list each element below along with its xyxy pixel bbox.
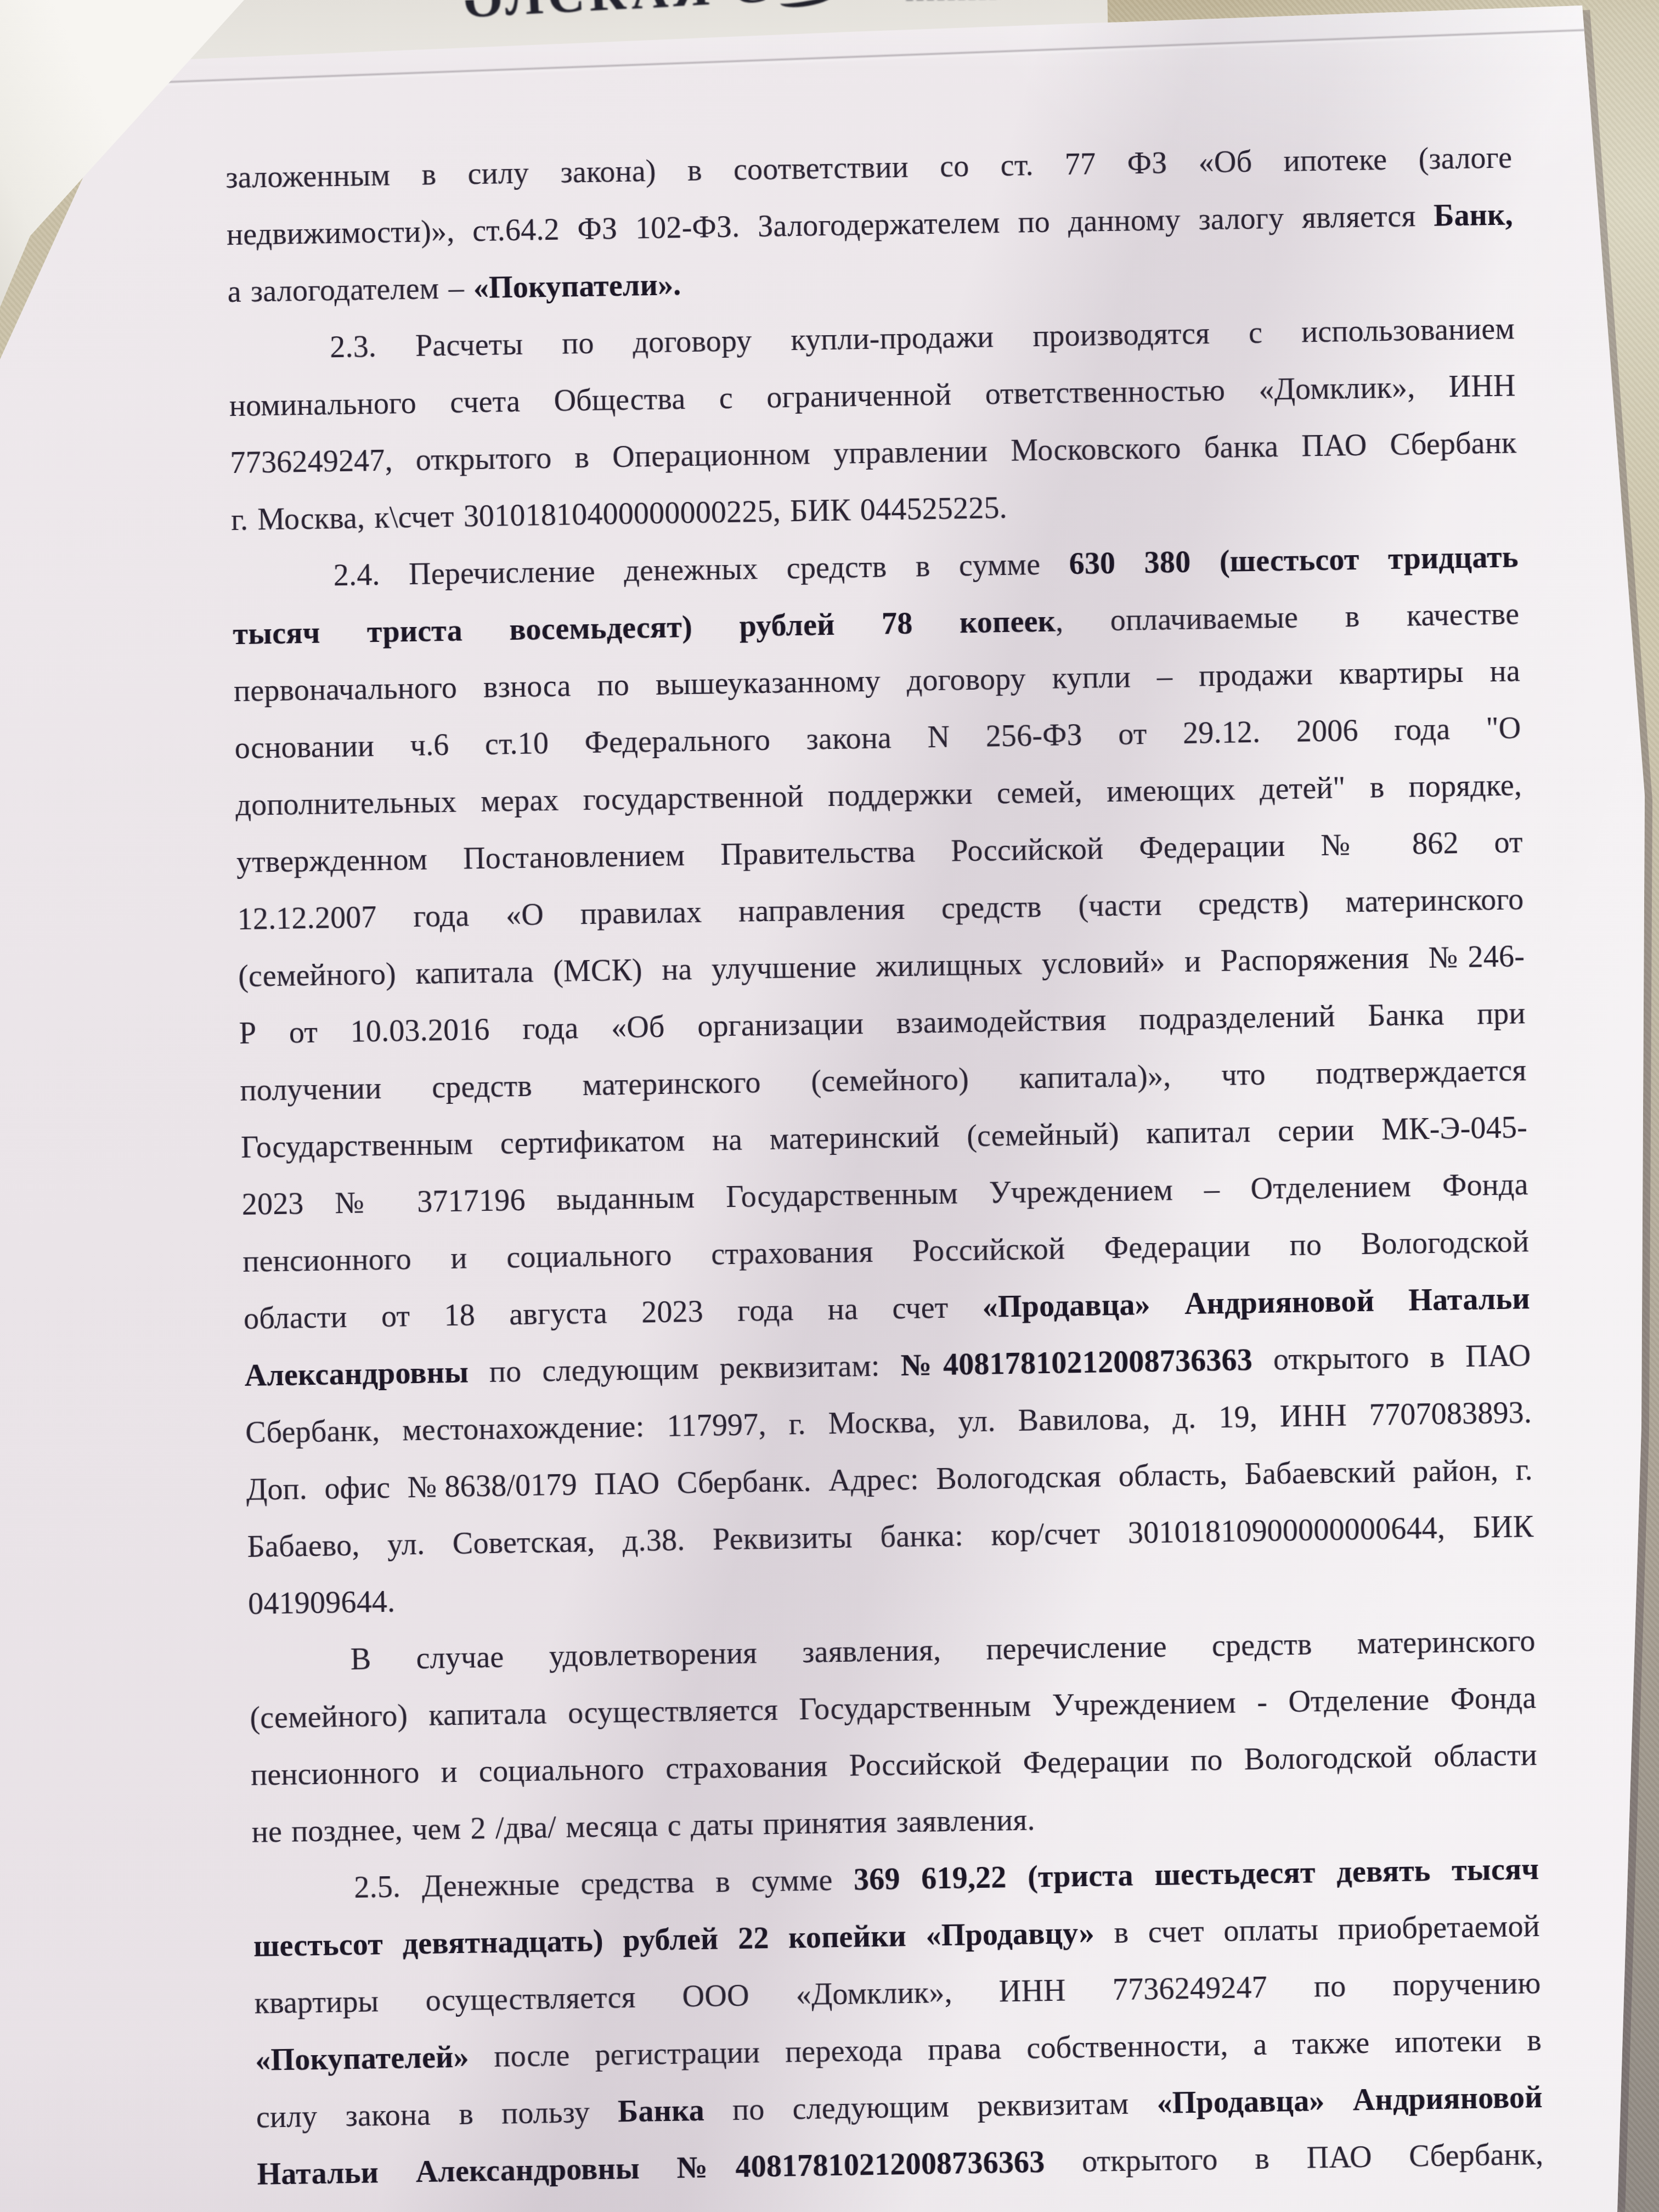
text-segment: по следующим реквизитам: xyxy=(468,1348,901,1389)
background-sheet-header-text: ОЛСКАЯ С xyxy=(462,0,774,26)
text-segment: 041909644. xyxy=(248,1585,396,1621)
document-text: заложенным в силу закона) в соответствии… xyxy=(225,129,1544,2203)
paragraph: В случае удовлетворения заявления, переч… xyxy=(249,1612,1538,1861)
illegible-small-text xyxy=(906,0,1000,1)
text-segment: дополнительных мерах государственной под… xyxy=(235,768,1522,822)
photo-scene: ОЛСКАЯ С заложенным в силу закона) в соо… xyxy=(0,0,1659,2212)
bold-text-segment: Александровны xyxy=(244,1356,469,1393)
bold-text-segment: «Покупатели». xyxy=(473,268,681,305)
bold-text-segment: тысяч триста восемьдесят) рублей 78 копе… xyxy=(233,605,1056,652)
text-segment: 12.12.2007 года «О правилах направления … xyxy=(237,882,1524,936)
text-segment: (семейного) капитала осуществляется Госу… xyxy=(250,1681,1537,1735)
text-segment: в счет оплаты приобретаемой xyxy=(1094,1909,1540,1950)
text-segment: Р от 10.03.2016 года «Об организации вза… xyxy=(239,996,1526,1051)
paragraph: 2.5. Денежные средства в сумме 369 619,2… xyxy=(252,1841,1544,2203)
text-segment: (семейного) капитала (МСК) на улучшение … xyxy=(238,939,1525,994)
paragraph: 2.3. Расчеты по договору купли-продажи п… xyxy=(228,300,1517,549)
text-segment: В случае удовлетворения заявления, переч… xyxy=(350,1624,1536,1677)
bold-text-segment: «Продавца» Андрияновой xyxy=(1156,2080,1543,2120)
text-segment: 2.5. Денежные средства в сумме xyxy=(354,1863,854,1905)
bold-text-segment: «Продавца» Андрияновой Натальи xyxy=(982,1282,1530,1324)
text-segment: получении средств материнского (семейног… xyxy=(240,1053,1527,1108)
text-segment: 2023 № 3717196 выданным Государственным … xyxy=(241,1167,1528,1222)
text-segment: после регистрации перехода права собстве… xyxy=(469,2023,1542,2074)
text-segment: открытого в ПАО Сбербанк, xyxy=(1045,2137,1544,2179)
text-segment: не позднее, чем 2 /два/ месяца с даты пр… xyxy=(251,1803,1035,1849)
text-segment: 2.3. Расчеты по договору купли-продажи п… xyxy=(330,312,1515,364)
text-segment: номинального счета Общества с ограниченн… xyxy=(229,369,1516,423)
text-segment: 2.4. Перечисление денежных средств в сум… xyxy=(333,547,1069,592)
text-segment: утвержденном Постановлением Правительств… xyxy=(236,825,1523,879)
text-segment: области от 18 августа 2023 года на счет xyxy=(244,1290,983,1336)
text-segment: силу закона в пользу xyxy=(256,2095,618,2134)
text-segment: Сбербанк, местонахождение: 117997, г. Мо… xyxy=(245,1396,1532,1450)
text-segment: заложенным в силу закона) в соответствии… xyxy=(225,140,1513,195)
paragraph: заложенным в силу закона) в соответствии… xyxy=(225,129,1515,320)
bold-text-segment: 369 619,22 (триста шестьдесят девять тыс… xyxy=(854,1852,1539,1897)
ink-swoosh-mark xyxy=(779,0,836,10)
text-segment: а залогодателем – xyxy=(227,271,473,309)
text-segment: основании ч.6 ст.10 Федерального закона … xyxy=(234,711,1521,765)
text-segment: пенсионного и социального страхования Ро… xyxy=(251,1738,1538,1792)
text-segment: Доп. офис №8638/0179 ПАО Сбербанк. Адрес… xyxy=(246,1453,1533,1507)
text-segment: по следующим реквизитам xyxy=(704,2086,1157,2128)
bold-text-segment: шестьсот девятнадцать) рублей 22 копейки… xyxy=(253,1916,1095,1963)
text-segment: Государственным сертификатом на материнс… xyxy=(241,1110,1528,1165)
paragraph: 2.4. Перечисление денежных средств в сум… xyxy=(232,528,1535,1633)
text-segment: 7736249247, открытого в Операционном упр… xyxy=(230,426,1517,480)
text-segment: Бабаево, ул. Советская, д.38. Реквизиты … xyxy=(247,1510,1534,1564)
text-segment: г. Москва, к\счет 30101810400000000225, … xyxy=(231,491,1008,537)
text-segment: квартиры осуществляется ООО «Домклик», И… xyxy=(254,1966,1541,2021)
background-sheet-header: ОЛСКАЯ С xyxy=(462,0,781,26)
bold-text-segment: Банка xyxy=(618,2093,705,2129)
text-segment: , оплачиваемые в качестве xyxy=(1056,597,1520,638)
text-segment: открытого в ПАО xyxy=(1252,1339,1531,1377)
bold-text-segment: Банк, xyxy=(1434,198,1514,233)
bold-text-segment: №40817810212008736363 xyxy=(900,1343,1252,1383)
bold-text-segment: 630 380 (шестьсот тридцать xyxy=(1069,540,1519,581)
text-segment: недвижимости)», ст.64.2 ФЗ 102-ФЗ. Залог… xyxy=(227,199,1434,252)
document-page: заложенным в силу закона) в соответствии… xyxy=(0,0,1659,2212)
bold-text-segment: «Покупателей» xyxy=(255,2040,469,2078)
bold-text-segment: Натальи Александровны №40817810212008736… xyxy=(257,2145,1045,2192)
text-segment: первоначального взноса по вышеуказанному… xyxy=(234,654,1521,708)
text-segment: пенсионного и социального страхования Ро… xyxy=(242,1224,1530,1279)
